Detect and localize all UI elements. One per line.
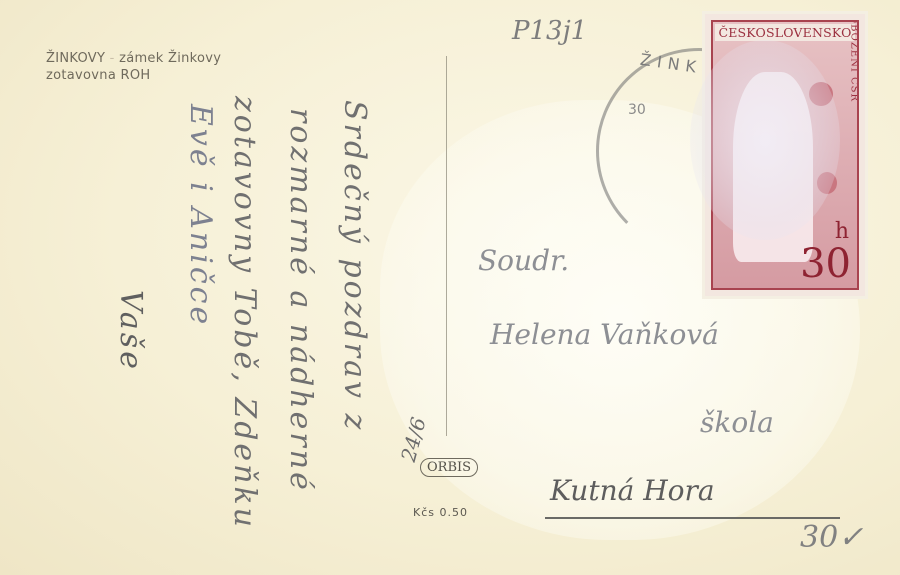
stamp-country: ČESKOSLOVENSKO: [715, 24, 855, 41]
message-line-2: rozmarné a nádherné: [283, 108, 318, 493]
message-line-3: zotavovny Tobě, Zdeňku: [227, 96, 262, 530]
printed-caption: ŽINKOVY - zámek Žinkovy zotavovna ROH: [46, 50, 221, 84]
address-line-2: Helena Vaňková: [490, 318, 719, 351]
message-line-4: Evě i Aničce: [183, 104, 218, 327]
caption-line-1: ŽINKOVY - zámek Žinkovy: [46, 50, 221, 67]
caption-line-2: zotavovna ROH: [46, 67, 221, 84]
postmark-number: 30: [628, 102, 646, 118]
pencil-price-note: 30✓: [800, 520, 863, 555]
address-line-4: Kutná Hora: [550, 474, 715, 507]
address-line-3: škola: [700, 406, 774, 439]
message-signature: Vaše: [113, 290, 148, 372]
stamp-value: 30: [800, 244, 851, 284]
cancellation-smudge: [690, 40, 840, 240]
address-underline: [545, 517, 840, 519]
caption-separator: -: [105, 51, 119, 66]
pencil-price-value: 30: [800, 520, 838, 555]
catalog-note: P13j1: [512, 16, 587, 46]
printed-price: Kčs 0.50: [413, 506, 468, 519]
message-line-1: Srdečný pozdrav z: [337, 100, 372, 432]
center-divider-line: [446, 56, 447, 436]
publisher-logo: ORBIS: [420, 458, 478, 477]
stamp-inscription: 15 VÝROČÍ OSVOBOZENÍ ČSR: [848, 20, 859, 102]
caption-place: ŽINKOVY: [46, 51, 105, 66]
pencil-price-mark: ✓: [838, 520, 863, 555]
caption-rest: zámek Žinkovy: [119, 51, 221, 66]
address-line-1: Soudr.: [478, 244, 569, 277]
